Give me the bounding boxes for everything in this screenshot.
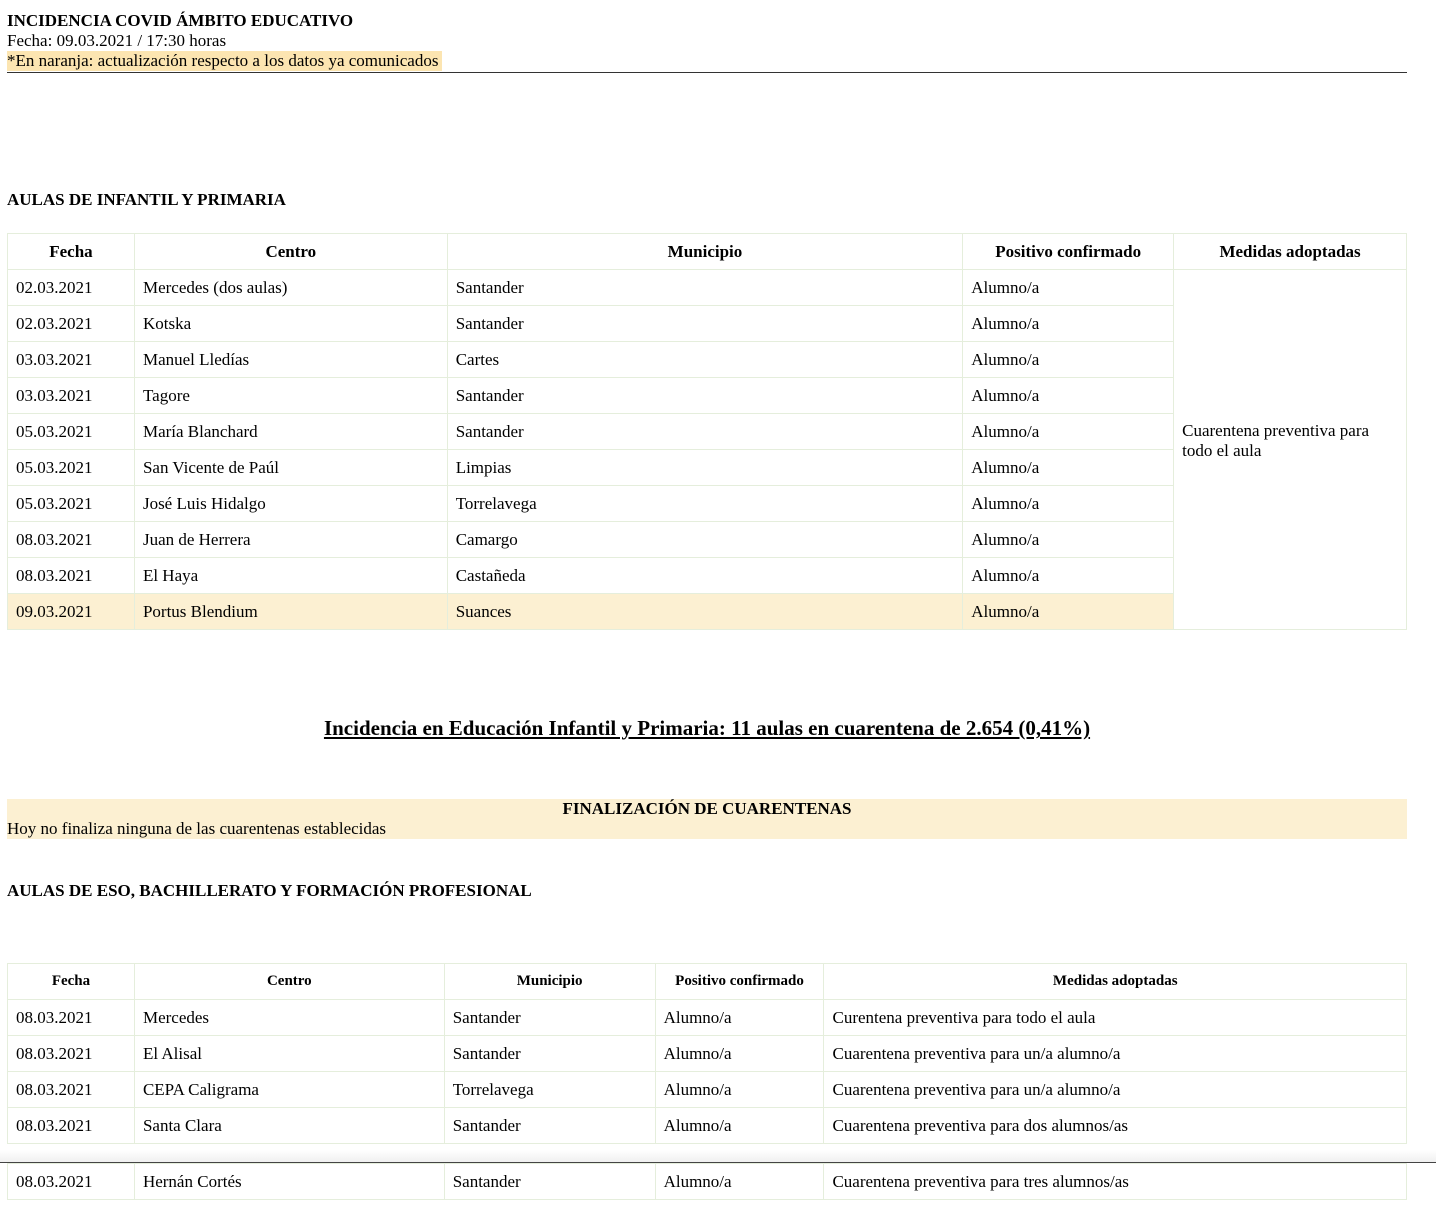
table-header-row: Fecha Centro Municipio Positivo confirma… bbox=[8, 234, 1407, 270]
cell-positivo: Alumno/a bbox=[963, 558, 1174, 594]
cell-centro: El Haya bbox=[134, 558, 447, 594]
header-rule bbox=[7, 72, 1407, 73]
cell-municipio: Cartes bbox=[447, 342, 963, 378]
table-row: 08.03.2021MercedesSantanderAlumno/aCuren… bbox=[8, 1000, 1407, 1036]
cell-centro: CEPA Caligrama bbox=[134, 1072, 444, 1108]
cell-municipio: Torrelavega bbox=[447, 486, 963, 522]
cell-positivo: Alumno/a bbox=[963, 594, 1174, 630]
cell-centro: María Blanchard bbox=[134, 414, 447, 450]
cell-fecha: 05.03.2021 bbox=[8, 486, 135, 522]
cell-centro: Kotska bbox=[134, 306, 447, 342]
cell-medidas: Cuarentena preventiva para un/a alumno/a bbox=[824, 1072, 1407, 1108]
table-header-row: Fecha Centro Municipio Positivo confirma… bbox=[8, 964, 1407, 1000]
page-break bbox=[0, 1150, 1436, 1163]
cell-centro: Manuel Lledías bbox=[134, 342, 447, 378]
cell-municipio: Limpias bbox=[447, 450, 963, 486]
finalizacion-text: Hoy no finaliza ninguna de las cuarenten… bbox=[7, 819, 386, 839]
cell-positivo: Alumno/a bbox=[963, 342, 1174, 378]
cell-centro: José Luis Hidalgo bbox=[134, 486, 447, 522]
cell-centro: El Alisal bbox=[134, 1036, 444, 1072]
cell-fecha: 08.03.2021 bbox=[8, 1164, 135, 1200]
cell-municipio: Santander bbox=[444, 1108, 655, 1144]
cell-positivo: Alumno/a bbox=[655, 1072, 824, 1108]
cell-municipio: Santander bbox=[447, 414, 963, 450]
cell-medidas-merged: Cuarentena preventiva para todo el aula bbox=[1174, 270, 1407, 630]
cell-fecha: 08.03.2021 bbox=[8, 522, 135, 558]
cell-medidas: Curentena preventiva para todo el aula bbox=[824, 1000, 1407, 1036]
cell-municipio: Santander bbox=[447, 378, 963, 414]
cell-fecha: 05.03.2021 bbox=[8, 450, 135, 486]
finalizacion-title: FINALIZACIÓN DE CUARENTENAS bbox=[7, 799, 1407, 819]
cell-fecha: 08.03.2021 bbox=[8, 1108, 135, 1144]
cell-positivo: Alumno/a bbox=[963, 450, 1174, 486]
cell-fecha: 08.03.2021 bbox=[8, 1036, 135, 1072]
cell-municipio: Camargo bbox=[447, 522, 963, 558]
cell-medidas: Cuarentena preventiva para tres alumnos/… bbox=[824, 1164, 1407, 1200]
cell-fecha: 02.03.2021 bbox=[8, 270, 135, 306]
cell-municipio: Santander bbox=[444, 1164, 655, 1200]
col-header-positivo: Positivo confirmado bbox=[963, 234, 1174, 270]
cell-fecha: 03.03.2021 bbox=[8, 342, 135, 378]
col-header-fecha: Fecha bbox=[8, 234, 135, 270]
cell-positivo: Alumno/a bbox=[655, 1036, 824, 1072]
cell-centro: Mercedes (dos aulas) bbox=[134, 270, 447, 306]
table-row: 08.03.2021Santa ClaraSantanderAlumno/aCu… bbox=[8, 1108, 1407, 1144]
col-header-municipio: Municipio bbox=[447, 234, 963, 270]
cell-positivo: Alumno/a bbox=[655, 1000, 824, 1036]
cell-municipio: Torrelavega bbox=[444, 1072, 655, 1108]
cell-positivo: Alumno/a bbox=[963, 378, 1174, 414]
cell-fecha: 03.03.2021 bbox=[8, 378, 135, 414]
cell-fecha: 08.03.2021 bbox=[8, 1000, 135, 1036]
cell-positivo: Alumno/a bbox=[963, 270, 1174, 306]
cell-municipio: Santander bbox=[444, 1036, 655, 1072]
cell-municipio: Santander bbox=[444, 1000, 655, 1036]
cell-centro: Tagore bbox=[134, 378, 447, 414]
cell-positivo: Alumno/a bbox=[655, 1108, 824, 1144]
cell-fecha: 02.03.2021 bbox=[8, 306, 135, 342]
cell-positivo: Alumno/a bbox=[963, 522, 1174, 558]
col-header-fecha: Fecha bbox=[8, 964, 135, 1000]
finalizacion-box: FINALIZACIÓN DE CUARENTENAS Hoy no final… bbox=[7, 799, 1407, 839]
cell-centro: Portus Blendium bbox=[134, 594, 447, 630]
table-row: 08.03.2021Hernán CortésSantanderAlumno/a… bbox=[8, 1164, 1407, 1200]
col-header-municipio: Municipio bbox=[444, 964, 655, 1000]
cell-municipio: Suances bbox=[447, 594, 963, 630]
highlight-note: *En naranja: actualización respecto a lo… bbox=[7, 51, 442, 71]
cell-fecha: 05.03.2021 bbox=[8, 414, 135, 450]
cell-positivo: Alumno/a bbox=[655, 1164, 824, 1200]
incidencia-summary: Incidencia en Educación Infantil y Prima… bbox=[7, 714, 1407, 742]
table-row: 08.03.2021El AlisalSantanderAlumno/aCuar… bbox=[8, 1036, 1407, 1072]
cell-centro: Juan de Herrera bbox=[134, 522, 447, 558]
table-row: 08.03.2021CEPA CaligramaTorrelavegaAlumn… bbox=[8, 1072, 1407, 1108]
report-title: INCIDENCIA COVID ÁMBITO EDUCATIVO bbox=[7, 11, 353, 31]
cell-municipio: Santander bbox=[447, 270, 963, 306]
cell-positivo: Alumno/a bbox=[963, 414, 1174, 450]
cell-medidas: Cuarentena preventiva para dos alumnos/a… bbox=[824, 1108, 1407, 1144]
col-header-positivo: Positivo confirmado bbox=[655, 964, 824, 1000]
section-heading-infantil: AULAS DE INFANTIL Y PRIMARIA bbox=[7, 190, 286, 210]
cell-fecha: 08.03.2021 bbox=[8, 558, 135, 594]
cell-centro: San Vicente de Paúl bbox=[134, 450, 447, 486]
col-header-medidas: Medidas adoptadas bbox=[824, 964, 1407, 1000]
cell-positivo: Alumno/a bbox=[963, 306, 1174, 342]
cell-centro: Mercedes bbox=[134, 1000, 444, 1036]
cell-medidas: Cuarentena preventiva para un/a alumno/a bbox=[824, 1036, 1407, 1072]
cell-fecha: 09.03.2021 bbox=[8, 594, 135, 630]
cell-municipio: Castañeda bbox=[447, 558, 963, 594]
cell-centro: Santa Clara bbox=[134, 1108, 444, 1144]
table-row: 02.03.2021Mercedes (dos aulas)SantanderA… bbox=[8, 270, 1407, 306]
cell-centro: Hernán Cortés bbox=[134, 1164, 444, 1200]
secundaria-table-continued: 08.03.2021Hernán CortésSantanderAlumno/a… bbox=[7, 1163, 1407, 1200]
cell-municipio: Santander bbox=[447, 306, 963, 342]
col-header-centro: Centro bbox=[134, 964, 444, 1000]
cell-fecha: 08.03.2021 bbox=[8, 1072, 135, 1108]
col-header-medidas: Medidas adoptadas bbox=[1174, 234, 1407, 270]
infantil-table: Fecha Centro Municipio Positivo confirma… bbox=[7, 233, 1407, 630]
secundaria-table: Fecha Centro Municipio Positivo confirma… bbox=[7, 963, 1407, 1144]
report-date: Fecha: 09.03.2021 / 17:30 horas bbox=[7, 31, 226, 51]
section-heading-secundaria: AULAS DE ESO, BACHILLERATO Y FORMACIÓN P… bbox=[7, 881, 532, 901]
cell-positivo: Alumno/a bbox=[963, 486, 1174, 522]
col-header-centro: Centro bbox=[134, 234, 447, 270]
